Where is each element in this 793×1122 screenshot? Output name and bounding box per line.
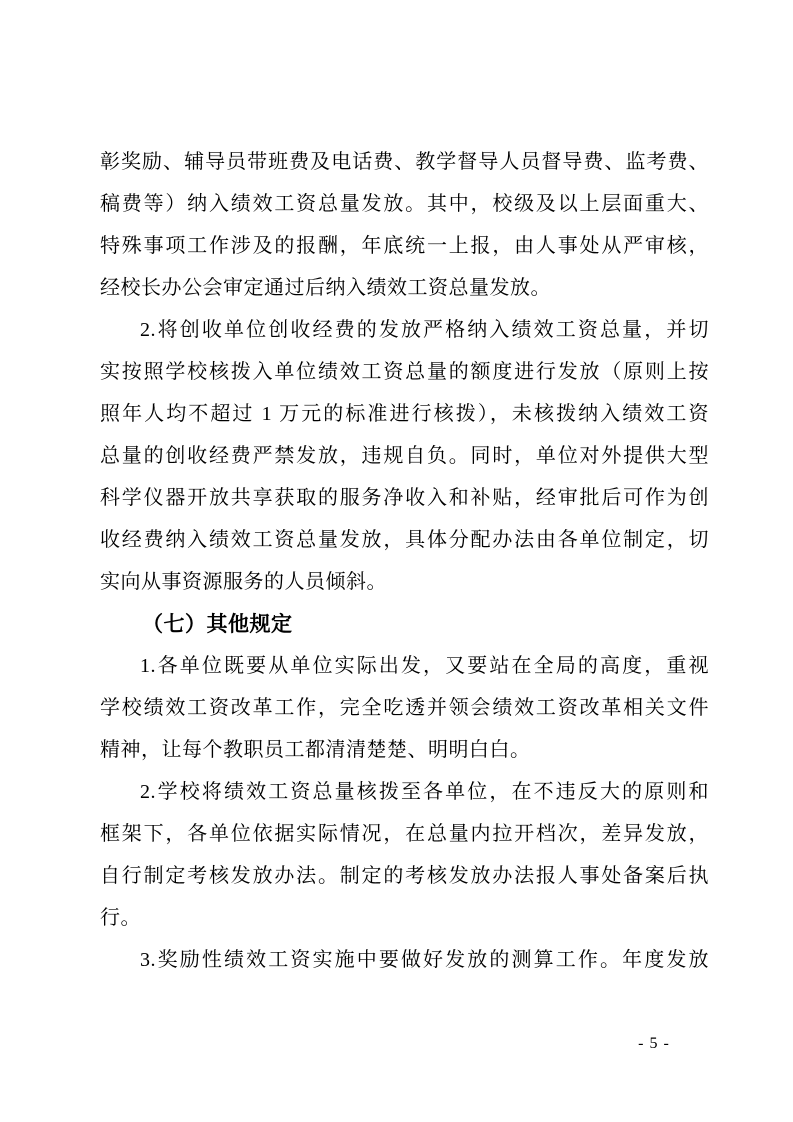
document-page: 彰奖励、辅导员带班费及电话费、教学督导人员督导费、监考费、 稿费等）纳入绩效工资…: [0, 0, 793, 1122]
body-line: 收经费纳入绩效工资总量发放，具体分配办法由各单位制定，切: [100, 519, 709, 561]
paragraph-end-line: 行。: [100, 897, 709, 939]
section-heading: （七）其他规定: [100, 603, 709, 645]
paragraph-first-line: 2.将创收单位创收经费的发放严格纳入绩效工资总量，并切: [100, 309, 709, 351]
body-line: 总量的创收经费严禁发放，违规自负。同时，单位对外提供大型: [100, 435, 709, 477]
document-body: 彰奖励、辅导员带班费及电话费、教学督导人员督导费、监考费、 稿费等）纳入绩效工资…: [100, 141, 709, 981]
body-line: 稿费等）纳入绩效工资总量发放。其中，校级及以上层面重大、: [100, 183, 709, 225]
paragraph-end-line: 精神，让每个教职员工都清清楚楚、明明白白。: [100, 729, 709, 771]
paragraph-first-line: 3.奖励性绩效工资实施中要做好发放的测算工作。年度发放: [100, 939, 709, 981]
body-line: 照年人均不超过 1 万元的标准进行核拨），未核拨纳入绩效工资: [100, 393, 709, 435]
body-line: 特殊事项工作涉及的报酬，年底统一上报，由人事处从严审核，: [100, 225, 709, 267]
body-line: 学校绩效工资改革工作，完全吃透并领会绩效工资改革相关文件: [100, 687, 709, 729]
paragraph-first-line: 2.学校将绩效工资总量核拨至各单位，在不违反大的原则和: [100, 771, 709, 813]
body-line: 框架下，各单位依据实际情况，在总量内拉开档次，差异发放，: [100, 813, 709, 855]
body-line: 自行制定考核发放办法。制定的考核发放办法报人事处备案后执: [100, 855, 709, 897]
paragraph-first-line: 1.各单位既要从单位实际出发，又要站在全局的高度，重视: [100, 645, 709, 687]
paragraph-end-line: 实向从事资源服务的人员倾斜。: [100, 561, 709, 603]
paragraph-end-line: 经校长办公会审定通过后纳入绩效工资总量发放。: [100, 267, 709, 309]
body-line: 实按照学校核拨入单位绩效工资总量的额度进行发放（原则上按: [100, 351, 709, 393]
page-number: - 5 -: [632, 1034, 676, 1054]
body-line: 彰奖励、辅导员带班费及电话费、教学督导人员督导费、监考费、: [100, 141, 709, 183]
body-line: 科学仪器开放共享获取的服务净收入和补贴，经审批后可作为创: [100, 477, 709, 519]
